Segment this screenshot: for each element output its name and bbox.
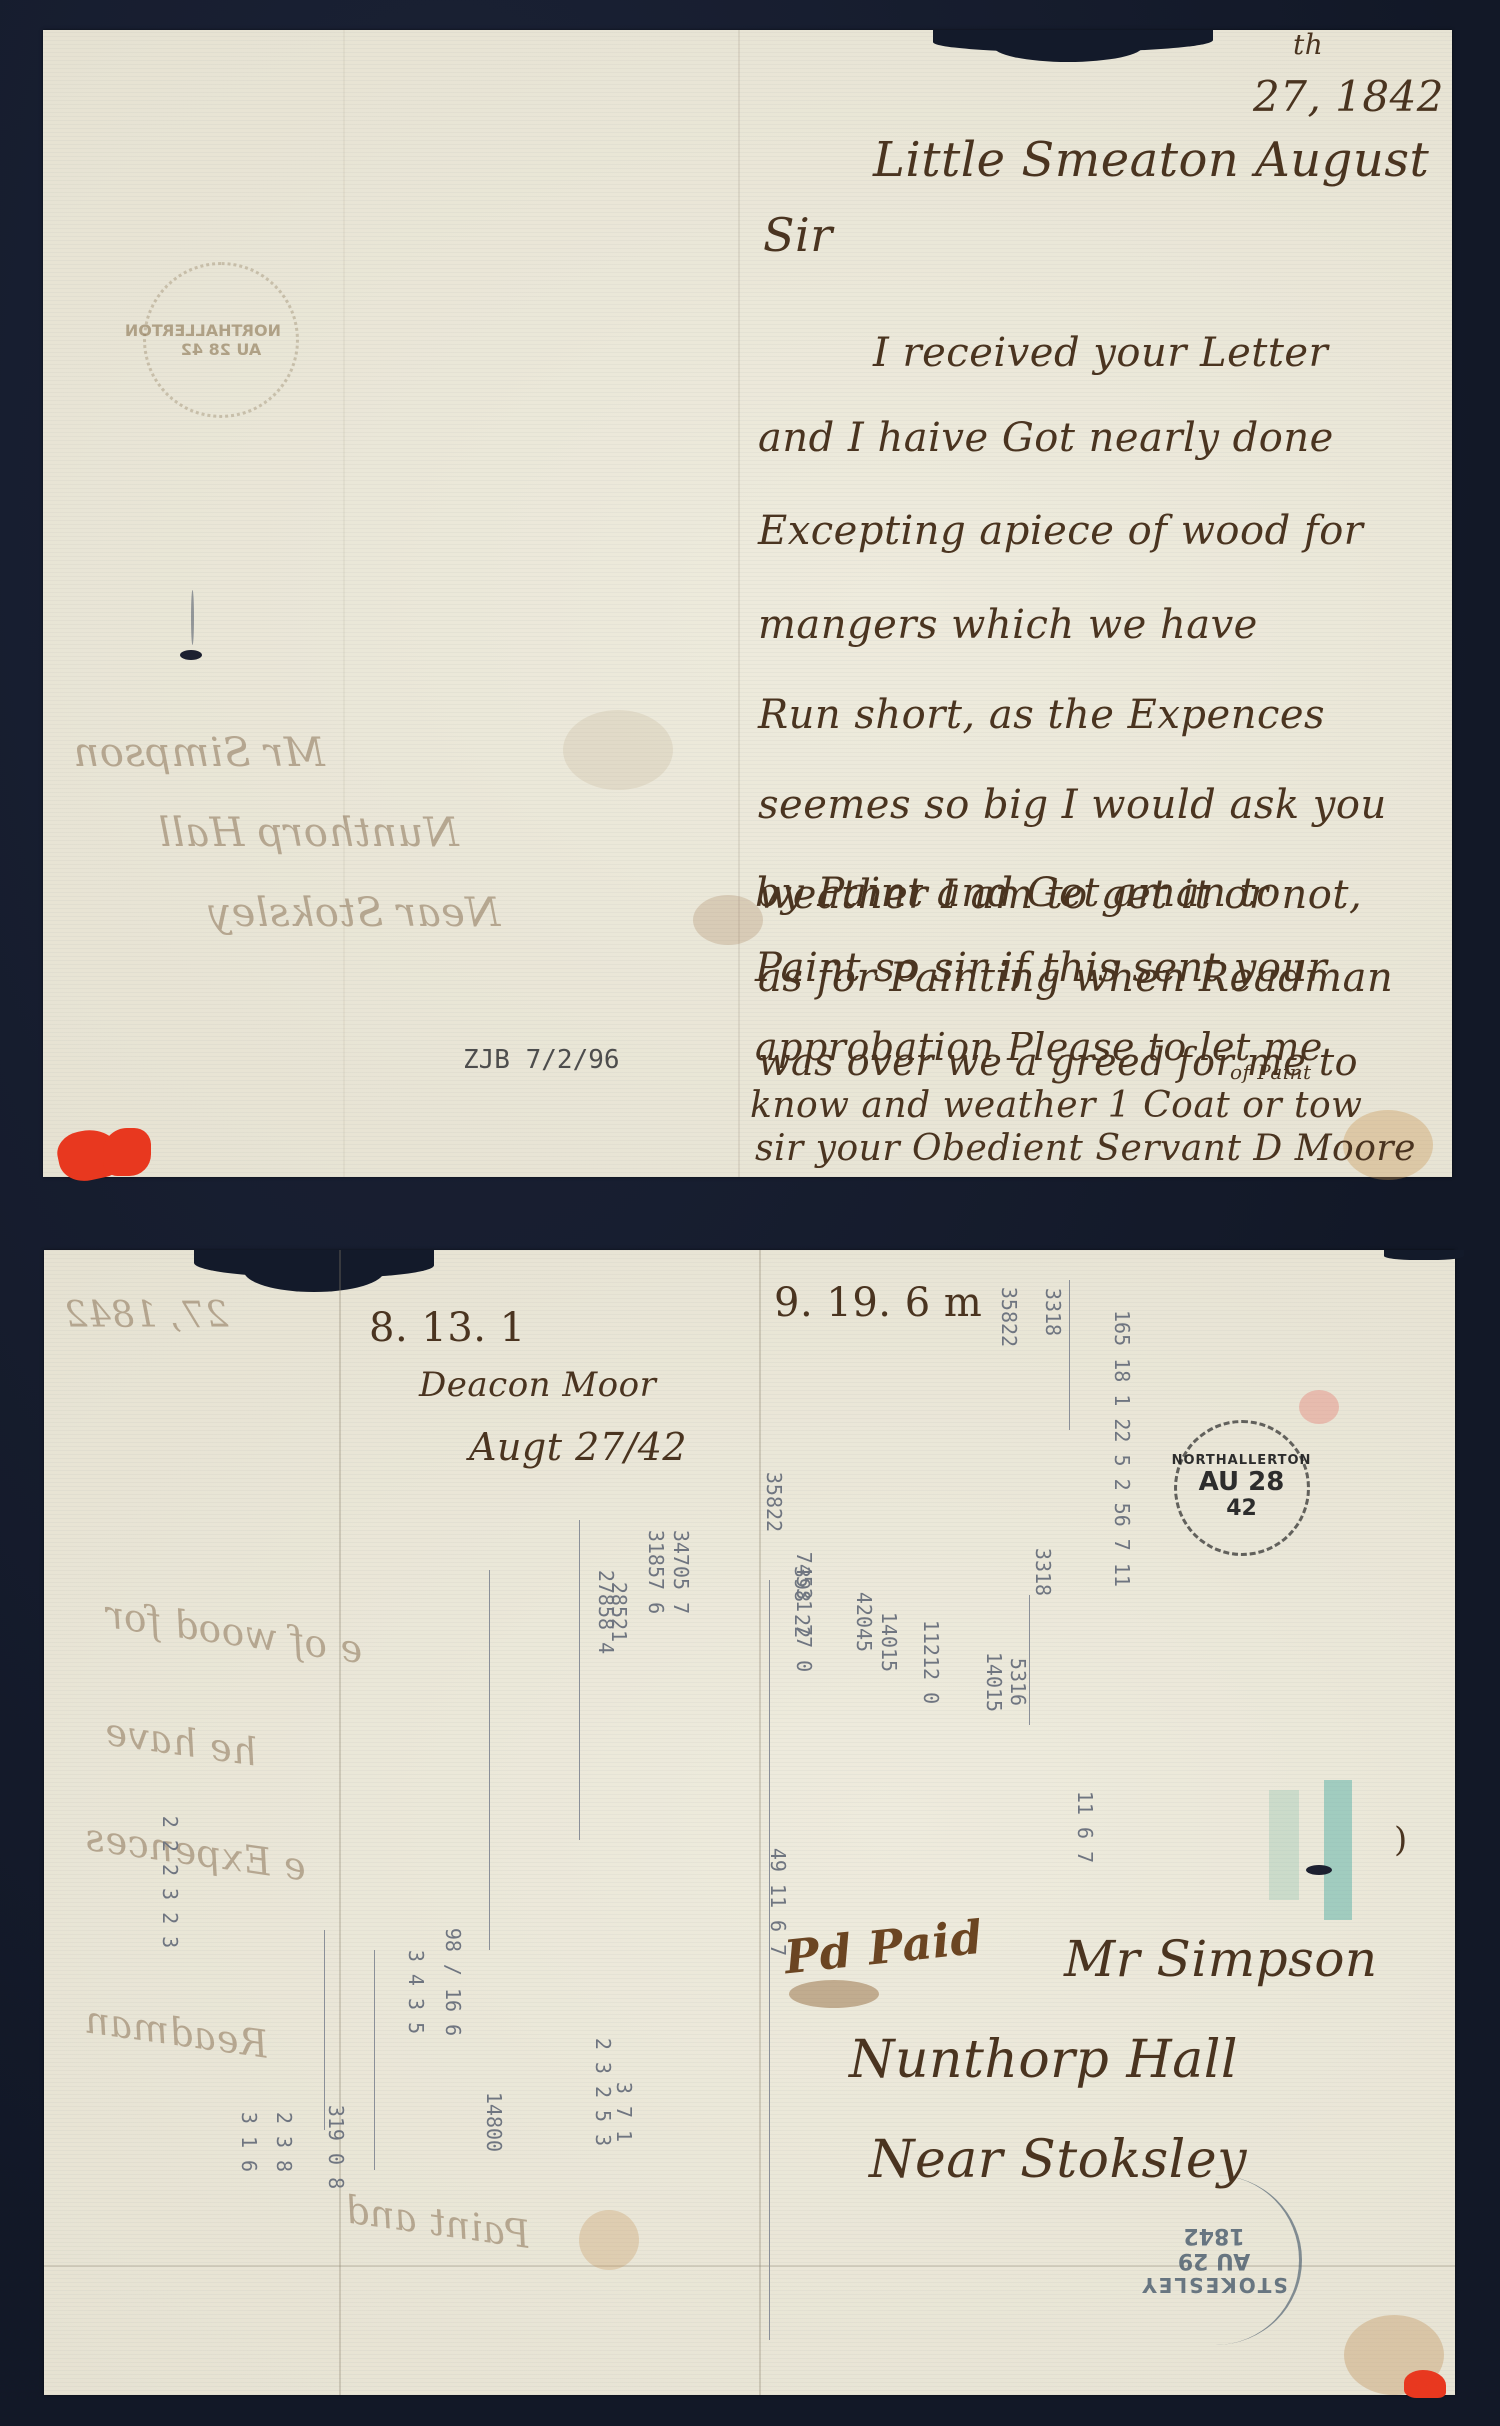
pencil-figure: 98 / 16 6 <box>441 1928 465 2036</box>
pencil-rule <box>1069 1280 1070 1430</box>
letter-line: and I haive Got nearly done <box>758 415 1334 461</box>
pencil-figure: 3318 <box>1031 1548 1055 1596</box>
pencil-rule <box>1029 1595 1030 1725</box>
fold-line <box>738 30 740 1177</box>
pencil-figure: 319 0 8 <box>324 2105 348 2189</box>
pencil-figure: 2 3 8 <box>272 2112 296 2172</box>
letter-line: mangers which we have <box>758 602 1258 648</box>
pencil-figure: 42045 <box>852 1592 876 1652</box>
torn-edge <box>993 30 1143 62</box>
pencil-figure: 3318 <box>1041 1288 1065 1336</box>
letter-line: Paint so sir if this sent your <box>755 945 1327 991</box>
bleedthrough-text: Readman <box>82 1997 271 2066</box>
pencil-figure: 35822 <box>997 1287 1021 1347</box>
letter-date: 27, 1842 <box>1253 72 1444 121</box>
pencil-figure: 34705 7 <box>669 1530 693 1614</box>
docket-place: Deacon Moor <box>419 1365 656 1405</box>
pencil-figure: 27858 4 <box>594 1570 618 1654</box>
interlinear-note: of Paint <box>1230 1060 1312 1084</box>
bleedthrough-date: 27, 1842 <box>64 1295 228 1336</box>
docket-amount-right: 9. 19. 6 m <box>774 1280 982 1326</box>
pencil-rule <box>374 1950 375 2170</box>
ink-blot <box>180 650 202 660</box>
torn-edge <box>244 1250 384 1292</box>
letter-place: Little Smeaton August <box>873 132 1429 188</box>
pencil-figure: 14015 <box>982 1652 1006 1712</box>
postmark-town: STOKESLEY <box>1140 2273 1288 2297</box>
postmark-date: AU 29 <box>1178 2248 1251 2273</box>
water-stain <box>563 710 673 790</box>
pencil-rule <box>489 1570 490 1950</box>
pencil-figure: 3 7 1 <box>612 2082 636 2142</box>
pencil-rule <box>579 1520 580 1840</box>
ink-stroke <box>191 590 194 645</box>
letter-line: I received your Letter <box>873 330 1328 376</box>
water-stain <box>693 895 763 945</box>
salutation: Sir <box>763 208 833 262</box>
archive-mark: ZJB 7/2/96 <box>463 1045 620 1075</box>
signature-line: sir your Obedient Servant D Moore <box>755 1128 1416 1169</box>
docket-date: Augt 27/42 <box>469 1425 687 1469</box>
postmark-year: 1842 <box>1183 2223 1244 2248</box>
pencil-rule <box>324 1930 325 2130</box>
pencil-rule <box>769 1580 770 2340</box>
postmark-ring <box>1174 1420 1310 1556</box>
address-page: 27, 1842 e of wood for he have e Expence… <box>44 1250 1455 2395</box>
pencil-figure: 5316 <box>1006 1658 1030 1706</box>
offset-postmark: NORTHALLERTON AU 28 42 <box>143 262 299 418</box>
letter-line: Excepting apiece of wood for <box>758 508 1363 554</box>
wax-seal <box>1404 2370 1446 2398</box>
bleedthrough-text: e of wood for <box>102 1592 365 1672</box>
pencil-figure: 35822 <box>762 1472 786 1532</box>
letter-page: NORTHALLERTON AU 28 42 Mr Simpson Nuntho… <box>43 30 1452 1177</box>
postmark-stokesley: STOKESLEY AU 29 1842 <box>1129 2175 1302 2345</box>
ink-stain <box>789 1980 879 2008</box>
letter-line: seemes so big I would ask you <box>758 782 1387 828</box>
bleedthrough-address-line: Near Stoksley <box>208 890 500 936</box>
bleedthrough-address-line: Nunthorp Hall <box>158 810 459 856</box>
bleedthrough-text: e Expences <box>82 1815 309 1890</box>
pencil-figure: 398 22 <box>790 1566 814 1638</box>
letter-line: know and weather 1 Coat or tow <box>750 1085 1362 1126</box>
pencil-figure: 14015 <box>877 1612 901 1672</box>
letter-line: by Paint and Get aman to <box>755 870 1281 916</box>
date-superscript: th <box>1293 28 1323 61</box>
pencil-figure: 2 3 2 5 3 <box>591 2038 615 2146</box>
wax-seal <box>103 1128 151 1176</box>
pencil-figure: 2 2 2 3 2 3 <box>158 1816 182 1948</box>
bleedthrough-address-line: Mr Simpson <box>73 730 325 776</box>
torn-edge <box>1384 1250 1464 1260</box>
paid-mark: Pd Paid <box>782 1910 986 1985</box>
fold-line <box>339 1250 341 2395</box>
pencil-figure: 11212 0 <box>919 1620 943 1704</box>
pencil-figure: 31857 6 <box>644 1530 668 1614</box>
bleedthrough-text: Paint and <box>342 2187 533 2257</box>
pencil-figure: 3 4 3 5 <box>404 1950 428 2034</box>
green-stamp-fragment <box>1269 1790 1299 1900</box>
pencil-figure: 3 1 6 <box>237 2112 261 2172</box>
letter-line: Run short, as the Expences <box>758 692 1325 738</box>
pencil-figure: 165 18 1 22 5 2 56 7 11 <box>1110 1310 1134 1587</box>
address-line-2: Nunthorp Hall <box>849 2030 1238 2090</box>
docket-amount-left: 8. 13. 1 <box>369 1305 526 1351</box>
ink-mark: ) <box>1394 1820 1408 1860</box>
pencil-figure: 11 6 7 <box>1073 1791 1097 1863</box>
foxing-stain <box>579 2210 639 2270</box>
red-stain <box>1299 1390 1339 1424</box>
bleedthrough-text: he have <box>102 1710 260 1775</box>
fold-line <box>343 30 345 1177</box>
address-line-1: Mr Simpson <box>1064 1930 1378 1988</box>
pencil-figure: 14800 <box>482 2092 506 2152</box>
fold-line <box>759 1250 761 2395</box>
ink-blot <box>1306 1865 1332 1875</box>
green-stamp-fragment <box>1324 1780 1352 1920</box>
